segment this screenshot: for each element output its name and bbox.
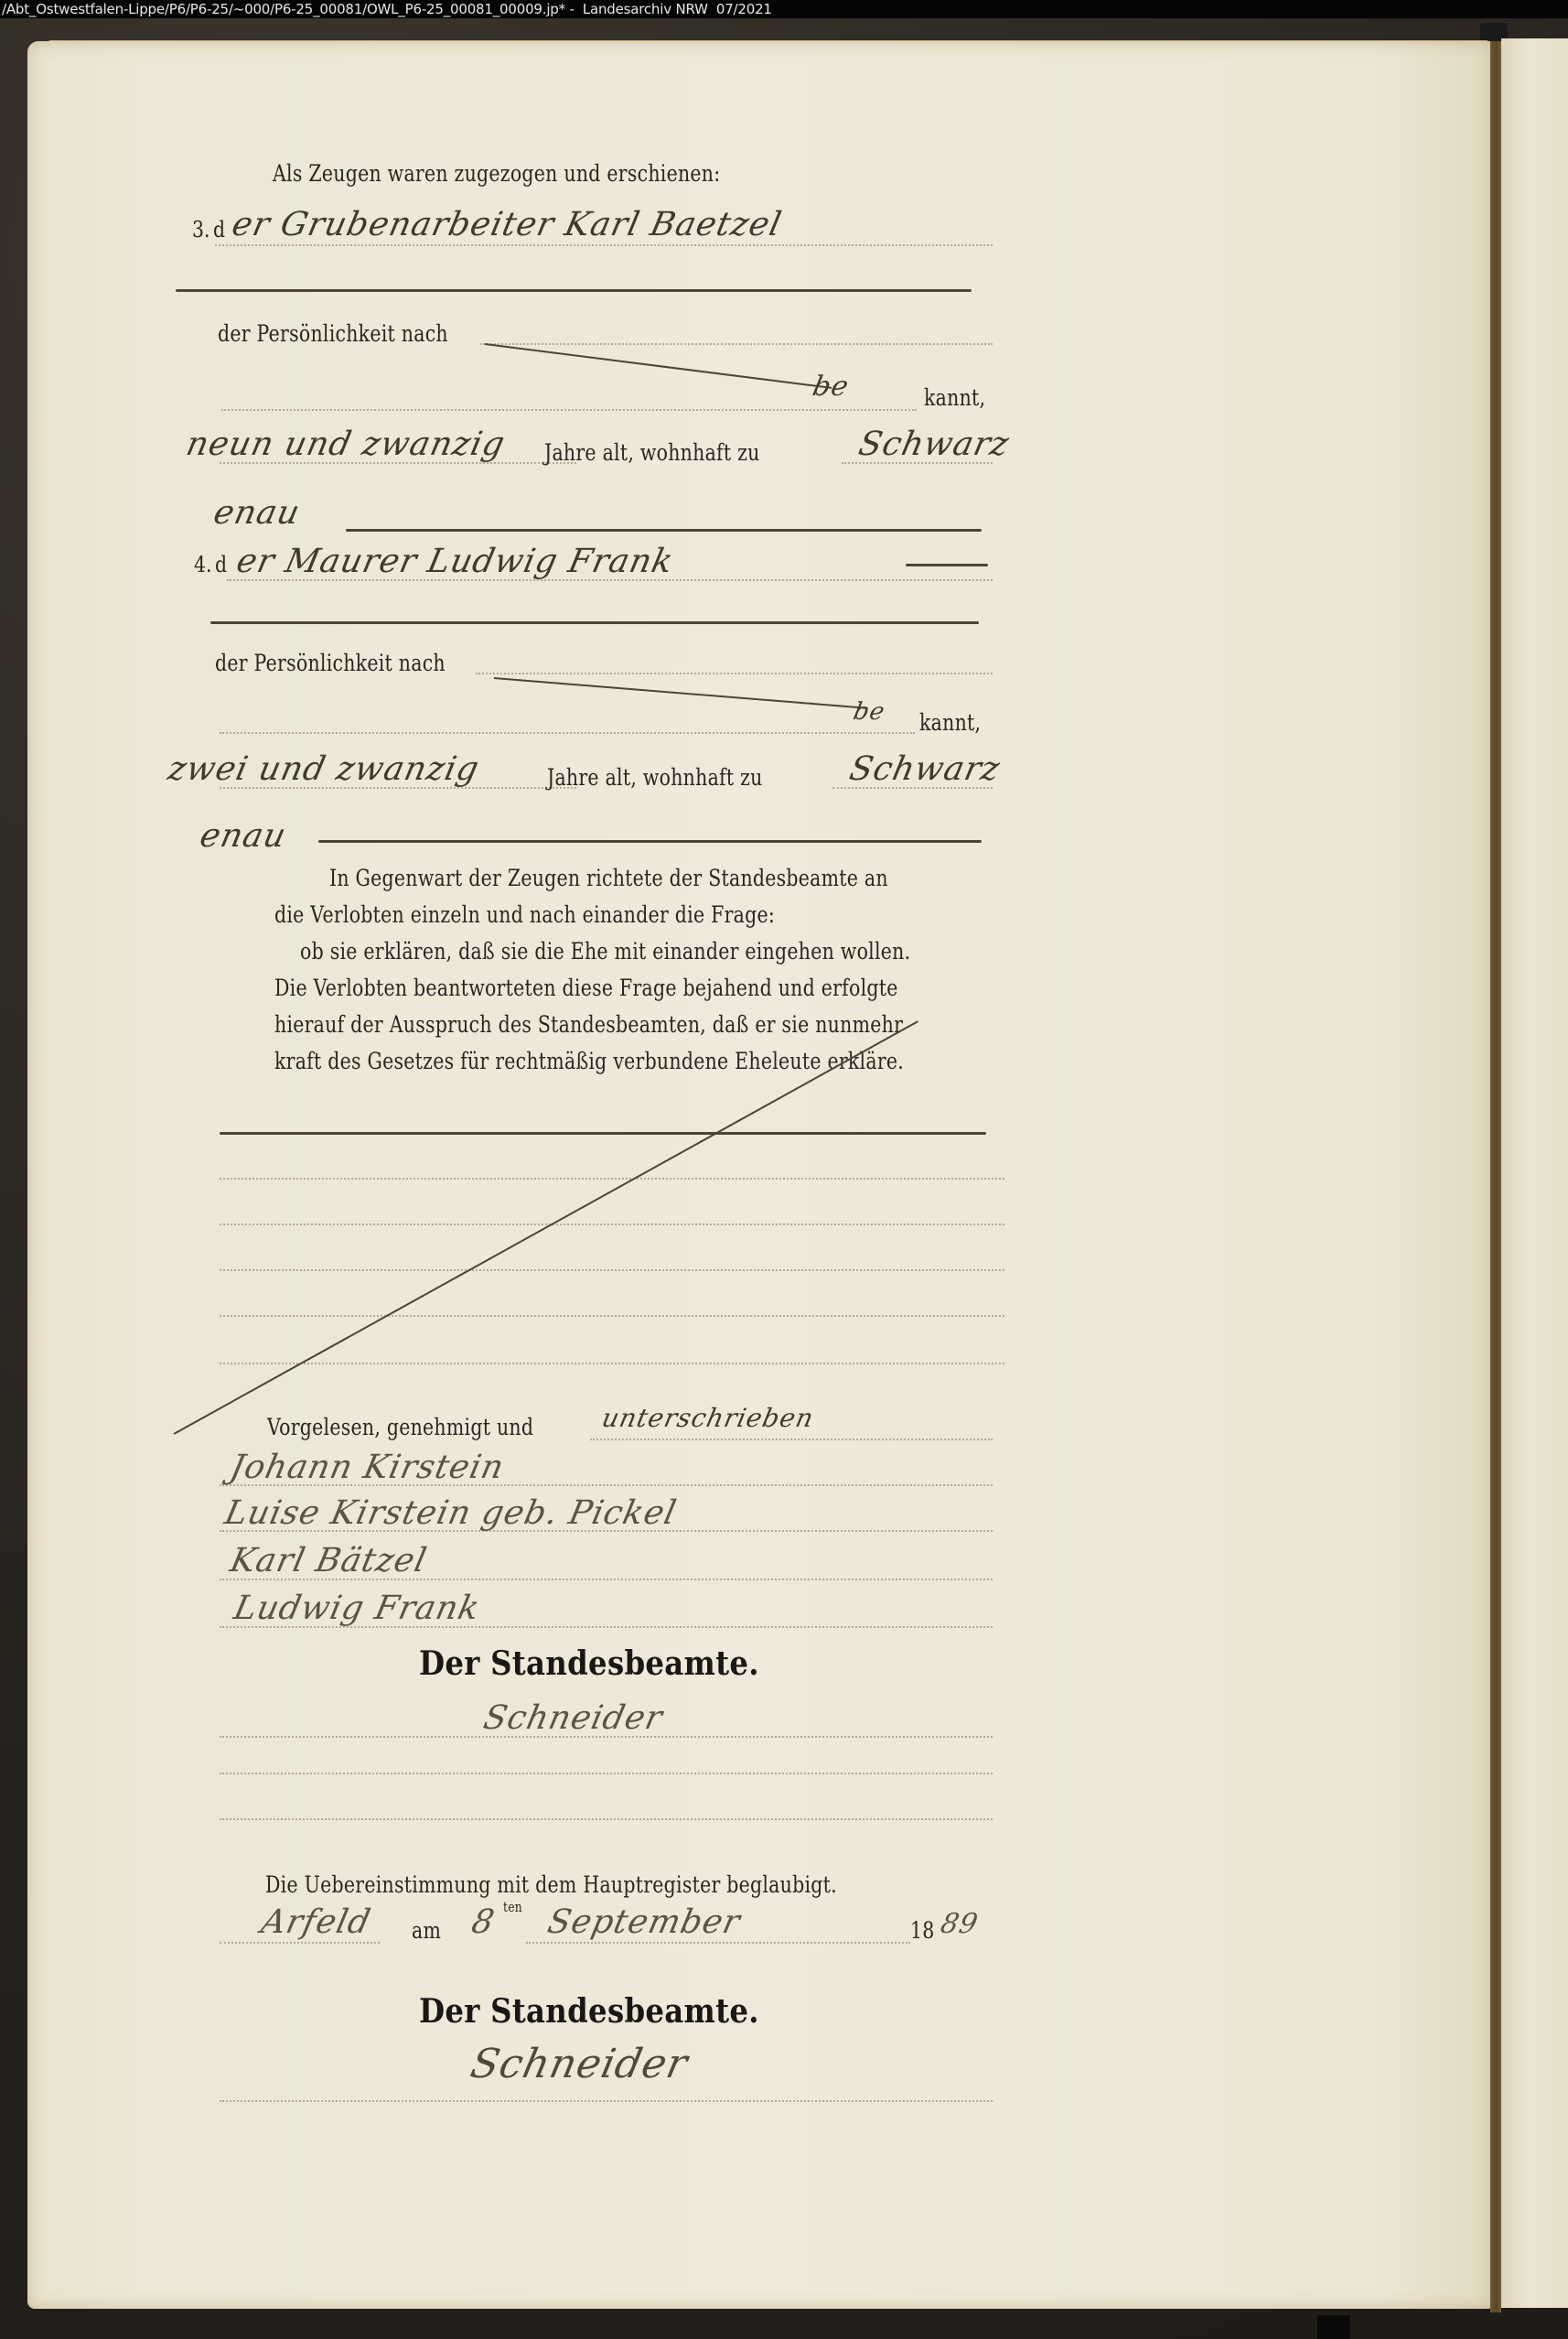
witness-3-residence-2: enau [210,494,304,532]
certification-place: Arfeld [258,1903,374,1941]
witness-4-number: 4. [194,552,211,577]
registrar-signature: Schneider [480,1699,666,1737]
blank-line-4 [220,1315,1004,1317]
witness-4-residence-rule [318,840,982,843]
witness-3-prefix: d [213,217,225,243]
certification-year-handwritten: 89 [938,1908,982,1940]
witness-3-residence-rule [346,529,982,532]
witness-4-entry-rule [906,564,988,566]
witness-3-personality-line [480,343,993,345]
signature-1: Johann Kirstein [227,1449,508,1486]
witness-3-entry: er Grubenarbeiter Karl Baetzel [229,206,785,243]
declaration-line-5: hierauf der Ausspruch des Standesbeamten… [274,1011,903,1038]
witness-3-entry-line [215,244,993,246]
witness-3-known-line [221,409,917,411]
registrar-title: Der Standesbeamte. [419,1644,759,1683]
registrar-signature-line-2 [220,2100,993,2102]
declaration-line-3: ob sie erklären, daß sie die Ehe mit ein… [300,938,910,965]
witness-4-prefix: d [215,552,227,577]
blank-line-2 [220,1223,1004,1225]
witnesses-heading: Als Zeugen waren zugezogen und erschiene… [273,160,720,187]
blank-line-1 [220,1178,1004,1180]
witness-3-number: 3. [192,217,209,243]
witness-4-personality-line [476,673,993,674]
declaration-line-2: die Verlobten einzeln und nach einander … [274,901,775,928]
adjacent-page [1501,38,1568,2308]
witness-3-known-label: kannt, [924,384,985,411]
read-approved-label: Vorgelesen, genehmigt und [267,1414,533,1440]
declaration-line-1: In Gegenwart der Zeugen richtete der Sta… [329,865,888,891]
witness-3-age-label: Jahre alt, wohnhaft zu [544,439,760,466]
declaration-line-6: kraft des Gesetzes für rechtmäßig verbun… [274,1048,904,1074]
certification-place-line [220,1942,380,1944]
window-title: /Abt_Ostwestfalen-Lippe/P6/P6-25/~000/P6… [2,1,772,17]
witness-3-personality-label: der Persönlichkeit nach [218,320,448,347]
witness-3-known: be [810,371,852,403]
witness-4-age-label: Jahre alt, wohnhaft zu [547,764,763,791]
declaration-line-4: Die Verlobten beantworteten diese Frage … [274,975,898,1001]
blank-line-7 [220,1818,993,1820]
witness-4-age: zwei und zwanzig [165,750,483,788]
witness-4-strike-line [494,677,868,709]
signature-4: Ludwig Frank [231,1590,483,1627]
certification-month: September [544,1903,744,1941]
witness-3-rule [176,289,972,292]
signature-2: Luise Kirstein geb. Pickel [221,1494,680,1532]
registrar-title-2: Der Standesbeamte. [419,1992,759,2031]
read-approved-handwritten: unterschrieben [599,1403,817,1433]
signature-3: Karl Bätzel [227,1542,430,1579]
certification-day-suffix: ten [503,1899,522,1915]
witness-4-known-label: kannt, [919,709,981,736]
registrar-signature-line [220,1736,993,1738]
certification-month-line [526,1942,910,1944]
witness-3-age: neun und zwanzig [183,426,509,463]
witness-4-residence-2: enau [197,817,290,855]
witness-4-rule [210,621,979,624]
certification-am-label: am [412,1917,441,1944]
witness-4-known: be [851,698,887,726]
window-title-bar: /Abt_Ostwestfalen-Lippe/P6/P6-25/~000/P6… [0,0,1568,18]
witness-4-entry: er Maurer Ludwig Frank [233,543,677,580]
book-spine [1490,41,1501,2312]
certification-year-printed: 18 [910,1917,935,1944]
blank-area-top-rule [220,1132,986,1135]
read-approved-line [590,1439,993,1440]
witness-4-known-line [220,732,915,734]
witness-3-residence-1: Schwarz [855,426,1013,463]
scanner-bracket [1317,2315,1350,2339]
register-page: Als Zeugen waren zugezogen und erschiene… [27,41,1493,2309]
registrar-signature-2: Schneider [467,2041,693,2087]
blank-line-6 [220,1773,993,1774]
witness-4-personality-label: der Persönlichkeit nach [215,650,446,676]
certification-label: Die Uebereinstimmung mit dem Hauptregist… [265,1871,837,1898]
witness-4-residence-1: Schwarz [846,750,1004,788]
blank-line-5 [220,1363,1004,1364]
witness-3-strike-line [485,343,832,389]
certification-day: 8 [468,1903,499,1941]
blank-line-3 [220,1269,1004,1271]
blank-area-strike-line [174,1020,918,1435]
